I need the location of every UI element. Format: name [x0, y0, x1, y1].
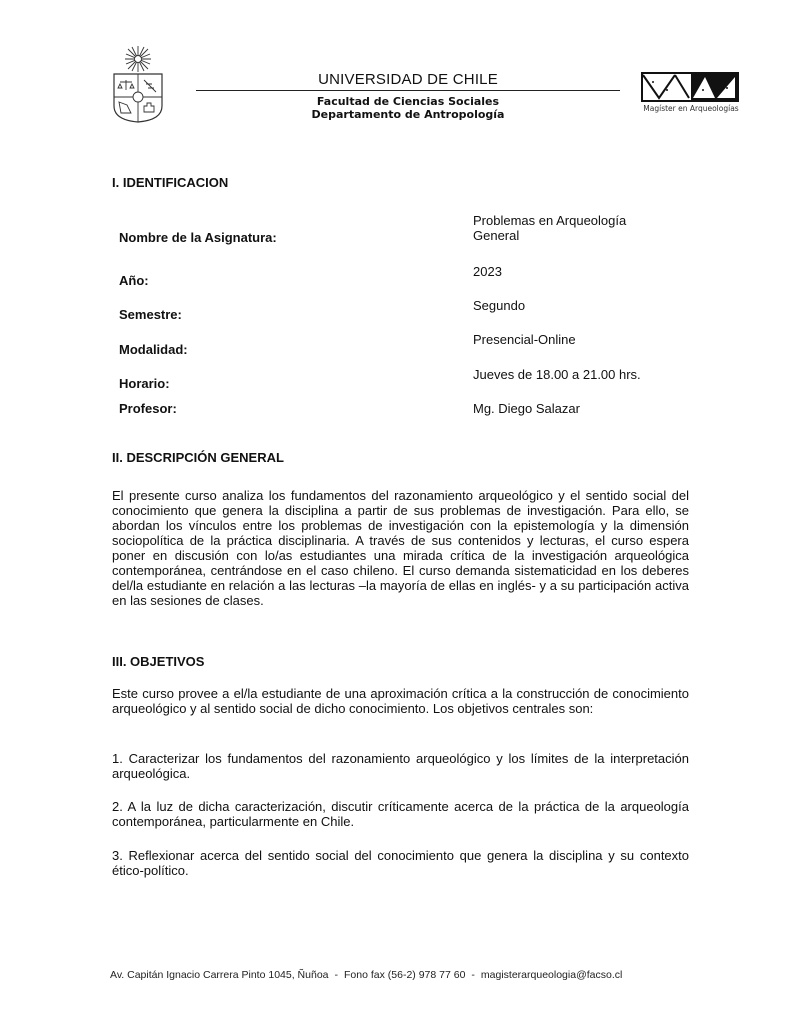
- department-name: Departamento de Antropología: [196, 108, 620, 121]
- section-heading-identificacion: I. IDENTIFICACION: [112, 175, 228, 190]
- footer-email[interactable]: magisterarqueologia@facso.cl: [481, 969, 622, 981]
- descripcion-paragraph: El presente curso analiza los fundamento…: [112, 488, 689, 608]
- header-divider: [196, 90, 620, 91]
- field-label-ano: Año:: [119, 273, 149, 288]
- faculty-name: Facultad de Ciencias Sociales: [196, 95, 620, 108]
- value-line: Problemas en Arqueología: [473, 213, 626, 228]
- field-label-horario: Horario:: [119, 376, 170, 391]
- objetivos-intro: Este curso provee a el/la estudiante de …: [112, 686, 689, 716]
- value-line: General: [473, 228, 626, 243]
- field-label-semestre: Semestre:: [119, 307, 182, 322]
- field-value-horario: Jueves de 18.00 a 21.00 hrs.: [473, 367, 641, 382]
- field-value-profesor: Mg. Diego Salazar: [473, 401, 580, 416]
- field-label-modalidad: Modalidad:: [119, 342, 188, 357]
- page-footer: Av. Capitán Ignacio Carrera Pinto 1045, …: [110, 969, 690, 981]
- footer-separator: -: [465, 969, 481, 981]
- footer-separator: -: [329, 969, 345, 981]
- field-label-asignatura: Nombre de la Asignatura:: [119, 230, 277, 245]
- section-heading-descripcion: II. DESCRIPCIÓN GENERAL: [112, 450, 284, 465]
- footer-address: Av. Capitán Ignacio Carrera Pinto 1045, …: [110, 969, 329, 981]
- faculty-department: Facultad de Ciencias Sociales Departamen…: [196, 95, 620, 121]
- university-crest-icon: [108, 44, 168, 124]
- section-heading-objetivos: III. OBJETIVOS: [112, 654, 204, 669]
- magister-logo-icon: [641, 72, 739, 102]
- field-value-asignatura: Problemas en Arqueología General: [473, 213, 626, 243]
- field-value-semestre: Segundo: [473, 298, 525, 313]
- field-value-ano: 2023: [473, 264, 502, 279]
- field-label-profesor: Profesor:: [119, 401, 177, 416]
- objetivo-item-3: 3. Reflexionar acerca del sentido social…: [112, 848, 689, 878]
- university-name: UNIVERSIDAD DE CHILE: [196, 71, 620, 88]
- objetivo-item-2: 2. A la luz de dicha caracterización, di…: [112, 799, 689, 829]
- objetivo-item-1: 1. Caracterizar los fundamentos del razo…: [112, 751, 689, 781]
- magister-logo-caption: Magíster en Arqueologías: [636, 104, 746, 113]
- field-value-modalidad: Presencial-Online: [473, 332, 576, 347]
- footer-phone: Fono fax (56-2) 978 77 60: [344, 969, 465, 981]
